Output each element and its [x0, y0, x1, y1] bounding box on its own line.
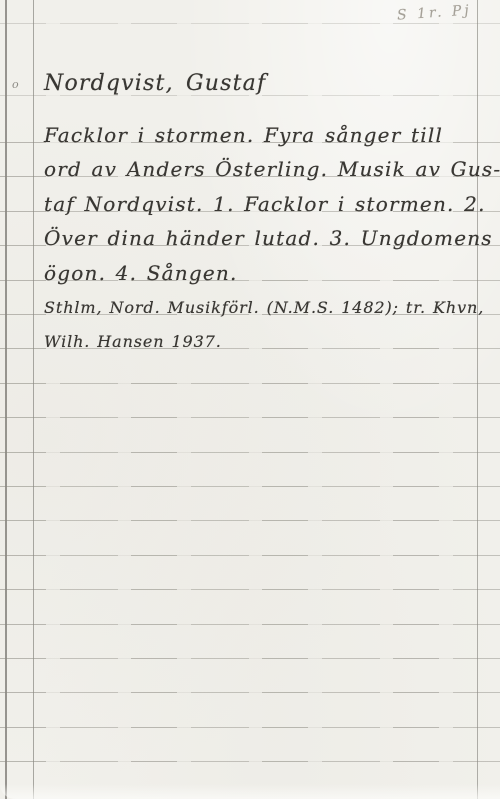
rule-line [0, 520, 500, 521]
left-edge-line [5, 0, 7, 799]
entry-line: ord av Anders Österling. Musik av Gus- [44, 159, 500, 179]
rule-line [0, 486, 500, 487]
entry-line: ögon. 4. Sången. [44, 263, 238, 283]
rule-line [0, 624, 500, 625]
pencil-shelfmark: S 1r. Pj [397, 2, 473, 23]
entry-line: Över dina händer lutad. 3. Ungdomens [44, 228, 493, 248]
rule-line [0, 589, 500, 590]
rule-line [0, 761, 500, 762]
entry-line: Facklor i stormen. Fyra sånger till [44, 125, 443, 145]
margin-circle-mark: o [12, 78, 19, 91]
catalog-card-page: S 1r. Pj o Nordqvist, Gustaf Facklor i s… [0, 0, 500, 799]
card-bottom-edge [0, 784, 500, 799]
left-margin-line [33, 0, 34, 799]
right-margin-line [477, 0, 478, 799]
rule-line [0, 692, 500, 693]
rule-line [0, 555, 500, 556]
rule-line [0, 727, 500, 728]
rule-line [0, 23, 500, 24]
rule-line [0, 383, 500, 384]
rule-line [0, 417, 500, 418]
entry-line: taf Nordqvist. 1. Facklor i stormen. 2. [44, 194, 486, 214]
entry-line: Sthlm, Nord. Musikförl. (N.M.S. 1482); t… [44, 300, 484, 316]
entry-heading: Nordqvist, Gustaf [44, 73, 266, 95]
rule-line [0, 452, 500, 453]
rule-line [0, 658, 500, 659]
entry-line: Wilh. Hansen 1937. [44, 334, 222, 350]
